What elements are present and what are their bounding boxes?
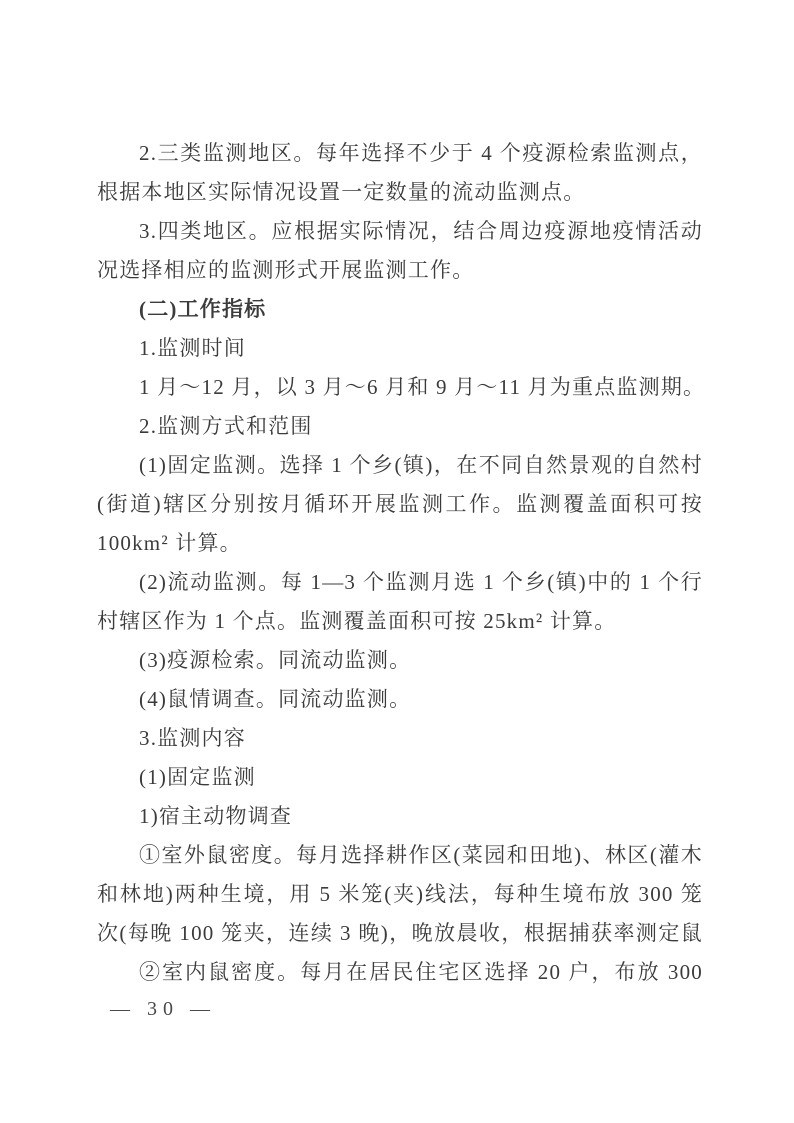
body-paragraph: (3)疫源检索。同流动监测。 xyxy=(97,641,703,680)
text-line: 1)宿主动物调查 xyxy=(97,797,703,836)
text-line: 根据本地区实际情况设置一定数量的流动监测点。 xyxy=(97,173,703,212)
text-line: (4)鼠情调查。同流动监测。 xyxy=(97,680,703,719)
body-paragraph: 2.三类监测地区。每年选择不少于 4 个疫源检索监测点，可根据本地区实际情况设置… xyxy=(97,134,703,212)
text-line: (2)流动监测。每 1—3 个监测月选 1 个乡(镇)中的 1 个行政 xyxy=(97,563,703,602)
text-line: 次(每晚 100 笼夹，连续 3 晚)，晚放晨收，根据捕获率测定鼠密度。 xyxy=(97,914,703,953)
text-line: 2.监测方式和范围 xyxy=(97,407,703,446)
body-paragraph: ①室外鼠密度。每月选择耕作区(菜园和田地)、林区(灌木丛和林地)两种生境，用 5… xyxy=(97,836,703,953)
text-line: (1)固定监测 xyxy=(97,758,703,797)
text-line: ①室外鼠密度。每月选择耕作区(菜园和田地)、林区(灌木丛 xyxy=(97,836,703,875)
text-line: 1 月～12 月，以 3 月～6 月和 9 月～11 月为重点监测期。 xyxy=(97,368,703,407)
body-paragraph: (2)流动监测。每 1—3 个监测月选 1 个乡(镇)中的 1 个行政村辖区作为… xyxy=(97,563,703,641)
text-line: 况选择相应的监测形式开展监测工作。 xyxy=(97,251,703,290)
text-line: (二)工作指标 xyxy=(97,290,703,329)
text-line: (1)固定监测。选择 1 个乡(镇)，在不同自然景观的自然村 xyxy=(97,446,703,485)
page-number: — 30 — xyxy=(110,998,216,1020)
body-paragraph: 1.监测时间 xyxy=(97,329,703,368)
heading-paragraph: (二)工作指标 xyxy=(97,290,703,329)
text-line: 和林地)两种生境，用 5 米笼(夹)线法，每种生境布放 300 笼(夹) xyxy=(97,875,703,914)
text-line: 村辖区作为 1 个点。监测覆盖面积可按 25km² 计算。 xyxy=(97,602,703,641)
body-paragraph: (1)固定监测。选择 1 个乡(镇)，在不同自然景观的自然村(街道)辖区分别按月… xyxy=(97,446,703,563)
body-paragraph: (1)固定监测 xyxy=(97,758,703,797)
body-paragraph: 2.监测方式和范围 xyxy=(97,407,703,446)
text-line: 3.四类地区。应根据实际情况，结合周边疫源地疫情活动情 xyxy=(97,212,703,251)
page-footer: — 30 — xyxy=(110,996,216,1022)
body-paragraph: 1)宿主动物调查 xyxy=(97,797,703,836)
text-line: (3)疫源检索。同流动监测。 xyxy=(97,641,703,680)
body-paragraph: ②室内鼠密度。每月在居民住宅区选择 20 户，布放 300 笼 xyxy=(97,953,703,992)
text-line: 3.监测内容 xyxy=(97,719,703,758)
body-paragraph: 3.四类地区。应根据实际情况，结合周边疫源地疫情活动情况选择相应的监测形式开展监… xyxy=(97,212,703,290)
text-line: 100km² 计算。 xyxy=(97,524,703,563)
text-line: ②室内鼠密度。每月在居民住宅区选择 20 户，布放 300 笼 xyxy=(97,953,703,992)
body-paragraph: 3.监测内容 xyxy=(97,719,703,758)
text-line: (街道)辖区分别按月循环开展监测工作。监测覆盖面积可按 xyxy=(97,485,703,524)
document-body: 2.三类监测地区。每年选择不少于 4 个疫源检索监测点，可根据本地区实际情况设置… xyxy=(97,134,703,992)
document-page: 2.三类监测地区。每年选择不少于 4 个疫源检索监测点，可根据本地区实际情况设置… xyxy=(0,0,794,1123)
text-line: 1.监测时间 xyxy=(97,329,703,368)
body-paragraph: 1 月～12 月，以 3 月～6 月和 9 月～11 月为重点监测期。 xyxy=(97,368,703,407)
text-line: 2.三类监测地区。每年选择不少于 4 个疫源检索监测点，可 xyxy=(97,134,703,173)
body-paragraph: (4)鼠情调查。同流动监测。 xyxy=(97,680,703,719)
